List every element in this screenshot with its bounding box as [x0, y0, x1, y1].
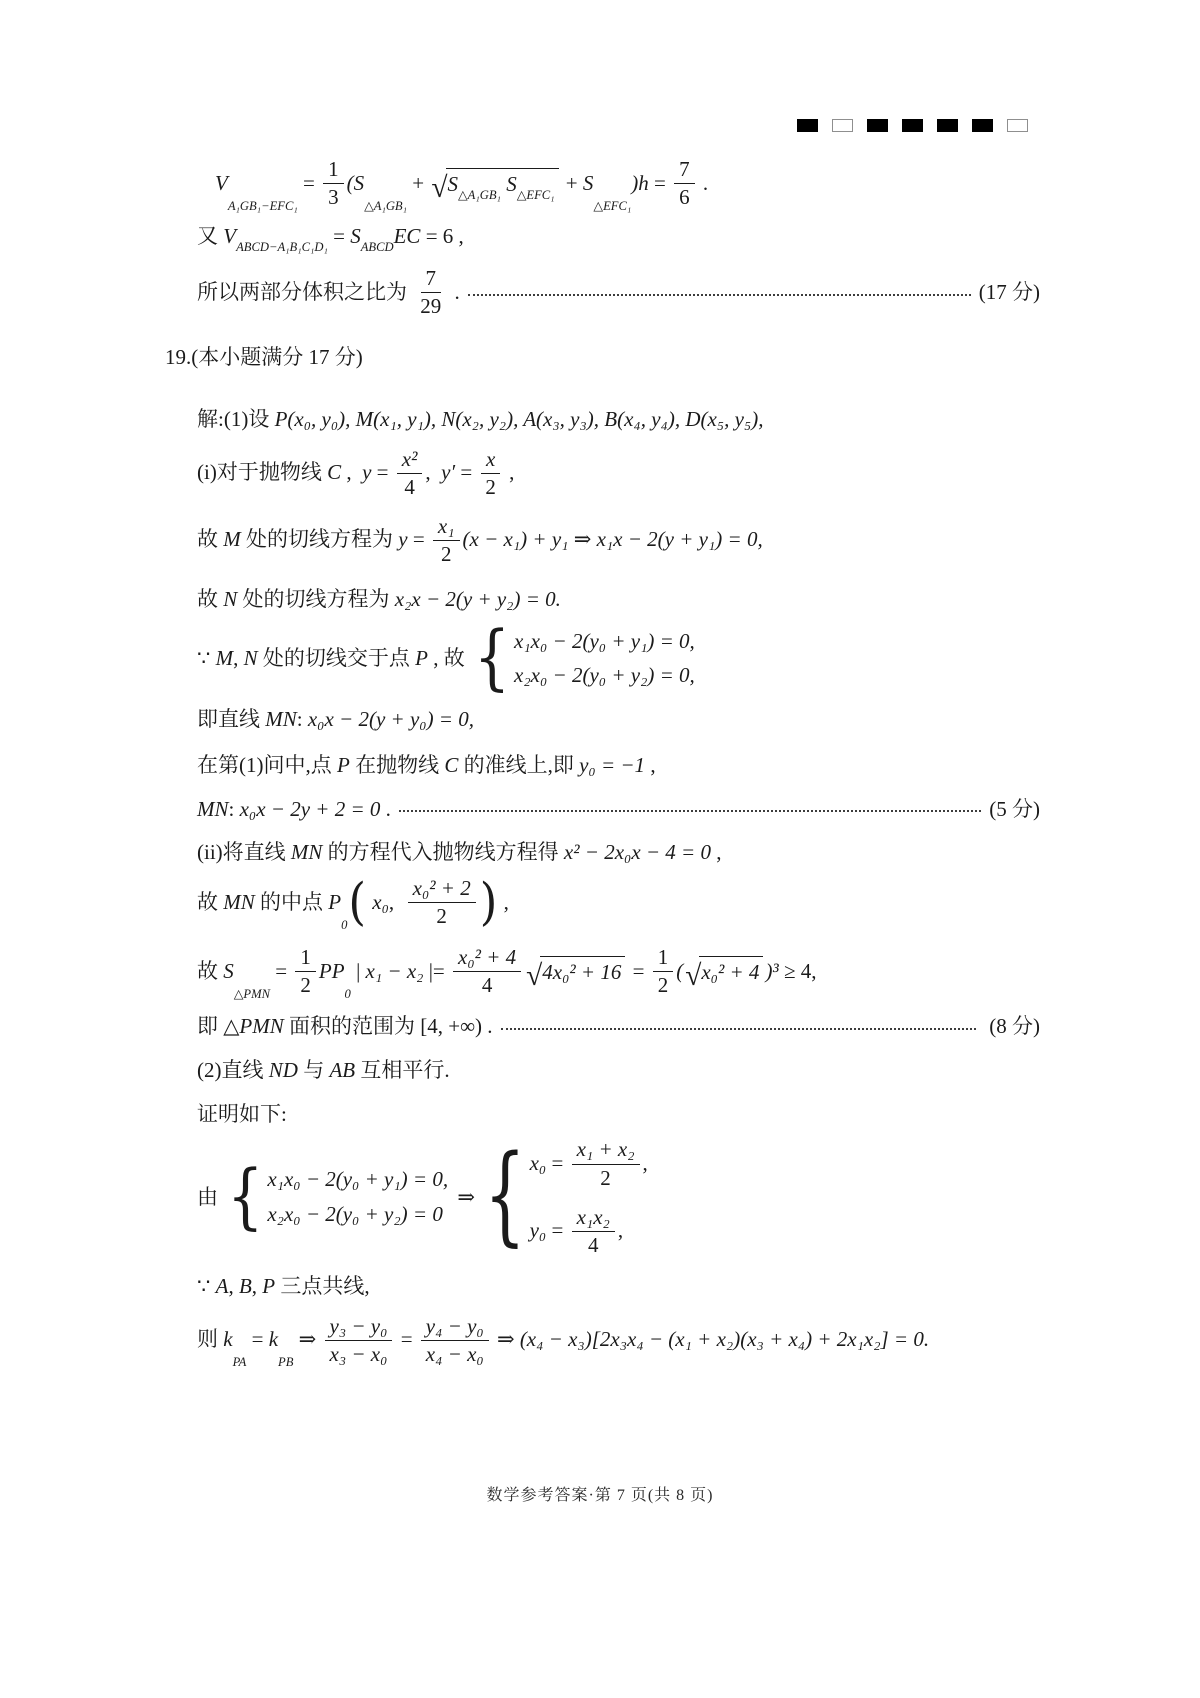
area-formula: 故 S△PMN = 12PP0 | x₁ − x₂ |= x₀² + 44√4x… — [197, 946, 1040, 997]
fraction: x₁x₂4 — [572, 1206, 615, 1257]
text: ≥ 4, — [779, 958, 817, 986]
math-text: y — [362, 459, 371, 487]
text: 的中点 — [255, 889, 329, 917]
text: = — [546, 1150, 568, 1178]
fraction: x₀² + 44 — [453, 946, 521, 997]
math-text: S — [354, 170, 365, 198]
volume-ratio-conclusion: 所以两部分体积之比为 729 .(17 分) — [197, 267, 1040, 318]
math-text: x₁x₀ − 2(y₀ + y₁) = 0, — [514, 628, 695, 656]
radicand: 4x₀² + 16 — [540, 956, 625, 987]
fraction: x2 — [480, 448, 501, 499]
numerator: y₄ − y₀ — [421, 1315, 489, 1341]
text: , — [389, 889, 405, 917]
math-text: MN — [265, 706, 297, 734]
math-text: x₃ − x₀ — [330, 1343, 388, 1366]
denominator: 2 — [436, 541, 457, 566]
big-paren: ) — [480, 880, 498, 926]
fraction: 729 — [415, 267, 446, 318]
registration-mark — [867, 119, 888, 132]
cases-rows: x₀ = x₁ + x₂2,y₀ = x₁x₂4, — [530, 1138, 648, 1256]
denominator: 6 — [674, 184, 695, 209]
text: , — [645, 752, 656, 780]
cases-rows: x₁x₀ − 2(y₀ + y₁) = 0,x₂x₀ − 2(y₀ + y₂) … — [514, 628, 695, 690]
math-text: P — [337, 752, 350, 780]
math-text: )³ — [765, 958, 778, 986]
text: . — [449, 279, 460, 307]
text: 29 — [420, 295, 441, 318]
text: 7 — [426, 267, 437, 290]
math-text: AB — [329, 1057, 355, 1085]
fraction: 12 — [295, 946, 316, 997]
text: |= — [423, 958, 450, 986]
cases-system: {x₁x₀ − 2(y₀ + y₁) = 0,x₂x₀ − 2(y₀ + y₂)… — [474, 628, 695, 690]
math-text: x₁ + x₂ — [577, 1138, 635, 1161]
collinear-condition: ∵ A, B, P 三点共线, — [197, 1273, 1040, 1301]
math-text: C — [327, 459, 341, 487]
numerator: x₁ — [433, 515, 460, 541]
math-text: y₃ − y₀ — [330, 1315, 388, 1338]
math-text: y₀ — [530, 1217, 547, 1245]
square-root: √x₀² + 4 — [685, 956, 763, 987]
math-text: x₂x₀ − 2(y₀ + y₂) = 0, — [514, 662, 695, 690]
math-text: x₁x₂ — [577, 1206, 610, 1229]
math-text: y — [398, 526, 407, 554]
math-text: M — [216, 645, 234, 673]
numerator: x₀² + 4 — [453, 946, 521, 972]
math-text: B — [239, 1273, 252, 1301]
radical-sign: √ — [431, 176, 447, 201]
radical-sign: √ — [685, 964, 701, 989]
text: ⇒ — [568, 526, 596, 554]
parabola-derivative: (i)对于抛物线 C , y = x²4, y′ = x2 , — [197, 448, 1040, 499]
math-text: x² — [402, 448, 418, 471]
brace-icon: { — [484, 1149, 525, 1246]
math-text: x₂x − 2(y + y₂) = 0. — [395, 586, 561, 614]
math-text: (x − x₁) + y₁ — [463, 526, 569, 554]
text: 所以两部分体积之比为 — [197, 279, 412, 307]
math-text: x₀² + 4 — [701, 959, 759, 987]
text: 2 — [441, 543, 452, 566]
dotted-leader — [501, 1028, 976, 1030]
denominator: 2 — [295, 972, 316, 997]
text: 三点共线, — [275, 1273, 370, 1301]
text: , — [233, 645, 244, 673]
math-text: ND — [269, 1057, 298, 1085]
registration-marks — [797, 119, 1042, 132]
radicand: S△A₁GB₁ S△EFC₁ — [446, 168, 559, 199]
text: 4 — [588, 1234, 599, 1257]
part2-claim: (2)直线 ND 与 AB 互相平行. — [197, 1057, 1040, 1085]
denominator: x₄ − x₀ — [421, 1341, 489, 1366]
denominator: 2 — [480, 474, 501, 499]
text: , — [643, 1150, 648, 1178]
text: ⇒ — [293, 1326, 321, 1354]
text: = — [270, 958, 292, 986]
denominator: 2 — [595, 1165, 616, 1190]
subscript: △A₁GB₁ — [364, 200, 407, 213]
subscript: ABCD — [361, 241, 394, 254]
numerator: 1 — [653, 946, 674, 972]
math-text: V — [223, 223, 236, 251]
text: 的方程代入抛物线方程得 — [322, 839, 564, 867]
subscript: PB — [278, 1356, 293, 1369]
math-text: x₀ — [367, 889, 389, 917]
text: (5 分) — [989, 796, 1040, 824]
math-text: x₁x − 2(y + y₁) = 0, — [597, 526, 763, 554]
text: 1 — [300, 946, 311, 969]
math-text: MN — [197, 796, 229, 824]
math-text: A — [216, 1273, 229, 1301]
page: VA₁GB₁−EFC₁ = 13(S△A₁GB₁ + √S△A₁GB₁ S△EF… — [0, 0, 1200, 1698]
text: 即直线 — [197, 706, 265, 734]
subscript: △EFC₁ — [517, 190, 555, 203]
line-MN: 即直线 MN: x₀x − 2(y + y₀) = 0, — [197, 706, 1040, 734]
math-text: S — [448, 171, 459, 199]
math-text: P — [415, 645, 428, 673]
math-text: y′ — [441, 459, 455, 487]
q19-setup: 解:(1)设 P(x₀, y₀), M(x₁, y₁), N(x₂, y₂), … — [197, 406, 1040, 434]
text: = — [627, 958, 649, 986]
text: 则 — [197, 1326, 223, 1354]
math-text: S — [501, 171, 517, 199]
math-text: PP — [319, 958, 345, 986]
big-paren: ( — [348, 880, 366, 926]
text: 2 — [600, 1167, 611, 1190]
numerator: x₀² + 2 — [408, 877, 476, 903]
dotted-leader — [399, 810, 981, 812]
text: 4 — [404, 476, 415, 499]
math-text: x₁ — [438, 515, 455, 538]
text: . — [698, 170, 709, 198]
fraction: y₃ − y₀x₃ − x₀ — [325, 1315, 393, 1366]
text: = — [371, 459, 393, 487]
denominator: x₃ − x₀ — [325, 1341, 393, 1366]
text: 故 — [197, 958, 223, 986]
math-text: x₁ − x₂ — [366, 958, 424, 986]
text: 处的切线方程为 — [237, 586, 395, 614]
text: 在抛物线 — [350, 752, 445, 780]
text: 证明如下: — [197, 1101, 287, 1129]
volume-formula: VA₁GB₁−EFC₁ = 13(S△A₁GB₁ + √S△A₁GB₁ S△EF… — [215, 158, 1040, 209]
cases-row: x₁x₀ − 2(y₀ + y₁) = 0, — [514, 628, 695, 656]
text: (2)直线 — [197, 1057, 269, 1085]
registration-mark — [797, 119, 818, 132]
math-text: S — [583, 170, 594, 198]
text: 2 — [436, 905, 447, 928]
text: (ii)将直线 — [197, 839, 291, 867]
math-text: x₀x − 2y + 2 = 0 — [240, 796, 381, 824]
text: 又 — [197, 223, 223, 251]
dotted-leader — [468, 294, 971, 296]
text: + — [561, 170, 583, 198]
math-text: C — [444, 752, 458, 780]
math-text: ( — [347, 170, 354, 198]
text: (17 分) — [979, 279, 1040, 307]
tangent-intersection-system: ∵ M, N 处的切线交于点 P , 故 {x₁x₀ − 2(y₀ + y₁) … — [197, 628, 1040, 690]
math-text: (x₄ − x₃)[2x₃x₄ − (x₁ + x₂)(x₃ + x₄) + 2… — [520, 1326, 929, 1354]
text: = 6 , — [420, 223, 463, 251]
square-root: √S△A₁GB₁ S△EFC₁ — [431, 168, 558, 199]
text: 处的切线交于点 — [258, 645, 416, 673]
text: 处的切线方程为 — [241, 526, 399, 554]
denominator: 4 — [399, 474, 420, 499]
subscript: PA — [233, 1356, 247, 1369]
text: ∵ — [197, 645, 216, 673]
numerator: x² — [397, 448, 423, 474]
radical-sign: √ — [526, 964, 542, 989]
denominator: 29 — [415, 293, 446, 318]
subscript: ABCD−A₁B₁C₁D₁ — [236, 241, 328, 254]
cases-row: x₂x₀ − 2(y₀ + y₂) = 0, — [514, 662, 695, 690]
text: 故 — [197, 889, 223, 917]
math-text: 4x₀² + 16 — [542, 959, 621, 987]
text: 2 — [658, 974, 669, 997]
denominator: 3 — [323, 184, 344, 209]
text: , — [252, 1273, 263, 1301]
text: ⇒ — [452, 1184, 480, 1212]
text: 故 — [197, 586, 223, 614]
registration-mark — [832, 119, 853, 132]
math-text: MN — [223, 889, 255, 917]
text: , — [341, 459, 362, 487]
text: , — [618, 1217, 623, 1245]
text: 即 △ — [197, 1013, 239, 1041]
subscript: △A₁GB₁ — [458, 190, 501, 203]
text: 与 — [298, 1057, 330, 1085]
text: = — [546, 1217, 568, 1245]
fraction: 76 — [674, 158, 695, 209]
fraction: x₁ + x₂2 — [572, 1138, 640, 1189]
volume-total: 又 VABCD−A₁B₁C₁D₁ = SABCDEC = 6 , — [197, 223, 1040, 251]
text: 3 — [328, 186, 339, 209]
math-text: )h — [631, 170, 649, 198]
text: 7 — [679, 158, 690, 181]
fraction: 12 — [653, 946, 674, 997]
text: , — [504, 459, 515, 487]
text: = — [455, 459, 477, 487]
registration-mark — [937, 119, 958, 132]
math-text: MN — [291, 839, 323, 867]
text: = — [298, 170, 320, 198]
numerator: 1 — [323, 158, 344, 184]
text: 6 — [679, 186, 690, 209]
numerator: x₁ + x₂ — [572, 1138, 640, 1164]
math-text: S — [223, 958, 234, 986]
cases-row: x₀ = x₁ + x₂2, — [530, 1138, 648, 1189]
text: = — [408, 526, 430, 554]
math-text: S — [350, 223, 361, 251]
text: (i)对于抛物线 — [197, 459, 327, 487]
text: ⇒ — [492, 1326, 520, 1354]
math-text: P(x₀, y₀), M(x₁, y₁), N(x₂, y₂), A(x₃, y… — [275, 406, 764, 434]
proof-intro: 证明如下: — [197, 1101, 1040, 1129]
text: . — [380, 796, 391, 824]
system-implication: 由 {x₁x₀ − 2(y₀ + y₁) = 0,x₂x₀ − 2(y₀ + y… — [197, 1138, 1040, 1256]
math-text: V — [215, 170, 228, 198]
radicand: x₀² + 4 — [699, 956, 763, 987]
text: 在第(1)问中,点 — [197, 752, 337, 780]
math-text: EC — [394, 223, 421, 251]
slope-equation: 则 kPA = kPB ⇒ y₃ − y₀x₃ − x₀ = y₄ − y₀x₄… — [197, 1315, 1040, 1366]
page-footer: 数学参考答案·第 7 页(共 8 页) — [0, 1482, 1200, 1505]
cases-row: y₀ = x₁x₂4, — [530, 1206, 623, 1257]
text: 1 — [658, 946, 669, 969]
cases-row: x₁x₀ − 2(y₀ + y₁) = 0, — [267, 1166, 448, 1194]
math-text: ( — [676, 958, 683, 986]
math-text: N — [244, 645, 258, 673]
subscript: △PMN — [234, 988, 270, 1001]
subscript: △EFC₁ — [593, 200, 631, 213]
text: , 故 — [428, 645, 470, 673]
text: , — [498, 889, 509, 917]
math-text: x₀x − 2(y + y₀) = 0, — [308, 706, 474, 734]
subscript: 0 — [345, 988, 351, 1001]
fraction: 13 — [323, 158, 344, 209]
text: 面积的范围为 [4, +∞) . — [284, 1013, 493, 1041]
text: + — [407, 170, 429, 198]
text: = — [328, 223, 350, 251]
brace-icon: { — [474, 627, 510, 691]
denominator: 2 — [653, 972, 674, 997]
tangent-M: 故 M 处的切线方程为 y = x₁2(x − x₁) + y₁ ⇒ x₁x −… — [197, 515, 1040, 566]
text: 故 — [197, 526, 223, 554]
substitute-equation: (ii)将直线 MN 的方程代入抛物线方程得 x² − 2x₀x − 4 = 0… — [197, 839, 1040, 867]
text: 2 — [485, 476, 496, 499]
text: 解:(1)设 — [197, 406, 275, 434]
numerator: 1 — [295, 946, 316, 972]
question-19-header: 19.(本小题满分 17 分) — [165, 344, 1040, 372]
midpoint-P0: 故 MN 的中点 P0( x₀, x₀² + 22) , — [197, 877, 1040, 928]
text: , — [711, 839, 722, 867]
answer-content: VA₁GB₁−EFC₁ = 13(S△A₁GB₁ + √S△A₁GB₁ S△EF… — [197, 158, 1040, 1366]
subscript: A₁GB₁−EFC₁ — [228, 200, 298, 213]
area-range-conclusion: 即 △PMN 面积的范围为 [4, +∞) . (8 分) — [197, 1013, 1040, 1041]
text: , — [425, 459, 441, 487]
text: (8 分) — [984, 1013, 1040, 1041]
cases-row: x₂x₀ − 2(y₀ + y₂) = 0 — [267, 1201, 443, 1229]
denominator: 4 — [477, 972, 498, 997]
text: ∵ — [197, 1273, 216, 1301]
text: 的准线上,即 — [458, 752, 579, 780]
math-text: x² − 2x₀x − 4 = 0 — [564, 839, 711, 867]
text: 互相平行. — [355, 1057, 450, 1085]
text: = — [246, 1326, 268, 1354]
subscript: 0 — [341, 919, 347, 932]
line-MN-final: MN: x₀x − 2y + 2 = 0 .(5 分) — [197, 796, 1040, 824]
numerator: x — [481, 448, 500, 474]
numerator: y₃ − y₀ — [325, 1315, 393, 1341]
math-text: x₀² + 4 — [458, 946, 516, 969]
registration-mark — [972, 119, 993, 132]
math-text: PMN — [239, 1013, 283, 1041]
text: = — [649, 170, 671, 198]
fraction: x₀² + 22 — [408, 877, 476, 928]
text: 1 — [328, 158, 339, 181]
text: | — [351, 958, 366, 986]
math-text: x₁x₀ − 2(y₀ + y₁) = 0, — [267, 1166, 448, 1194]
text: , — [228, 1273, 239, 1301]
text: : — [229, 796, 240, 824]
text: 4 — [482, 974, 493, 997]
math-text: x — [486, 448, 495, 471]
numerator: x₁x₂ — [572, 1206, 615, 1232]
text: 19.(本小题满分 17 分) — [165, 344, 363, 372]
tangent-N: 故 N 处的切线方程为 x₂x − 2(y + y₂) = 0. — [197, 586, 1040, 614]
text: 由 — [197, 1184, 223, 1212]
math-text: y₄ − y₀ — [426, 1315, 484, 1338]
registration-mark — [1007, 119, 1028, 132]
math-text: y₀ = −1 — [579, 752, 645, 780]
directrix-condition: 在第(1)问中,点 P 在抛物线 C 的准线上,即 y₀ = −1 , — [197, 752, 1040, 780]
math-text: k — [223, 1326, 232, 1354]
text: = — [395, 1326, 417, 1354]
brace-icon: { — [227, 1166, 263, 1230]
text: 2 — [300, 974, 311, 997]
text: : — [297, 706, 308, 734]
fraction: y₄ − y₀x₄ − x₀ — [421, 1315, 489, 1366]
numerator: 7 — [421, 267, 442, 293]
math-text: M — [223, 526, 241, 554]
cases-system: {x₁x₀ − 2(y₀ + y₁) = 0,x₂x₀ − 2(y₀ + y₂)… — [227, 1166, 448, 1228]
math-text: P — [262, 1273, 275, 1301]
fraction: x₁2 — [433, 515, 460, 566]
math-text: P — [328, 889, 341, 917]
math-text: x₂x₀ − 2(y₀ + y₂) = 0 — [267, 1201, 443, 1229]
math-text: x₄ − x₀ — [426, 1343, 484, 1366]
math-text: N — [223, 586, 237, 614]
math-text: k — [269, 1326, 278, 1354]
math-text: x₀ — [530, 1150, 547, 1178]
fraction: x²4 — [397, 448, 423, 499]
math-text: x₀² + 2 — [413, 877, 471, 900]
numerator: 7 — [674, 158, 695, 184]
registration-mark — [902, 119, 923, 132]
cases-rows: x₁x₀ − 2(y₀ + y₁) = 0,x₂x₀ − 2(y₀ + y₂) … — [267, 1166, 448, 1228]
denominator: 4 — [583, 1232, 604, 1257]
cases-system: {x₀ = x₁ + x₂2,y₀ = x₁x₂4, — [484, 1138, 648, 1256]
denominator: 2 — [431, 903, 452, 928]
square-root: √4x₀² + 16 — [526, 956, 625, 987]
footer-text: 数学参考答案·第 7 页(共 8 页) — [487, 1487, 714, 1504]
